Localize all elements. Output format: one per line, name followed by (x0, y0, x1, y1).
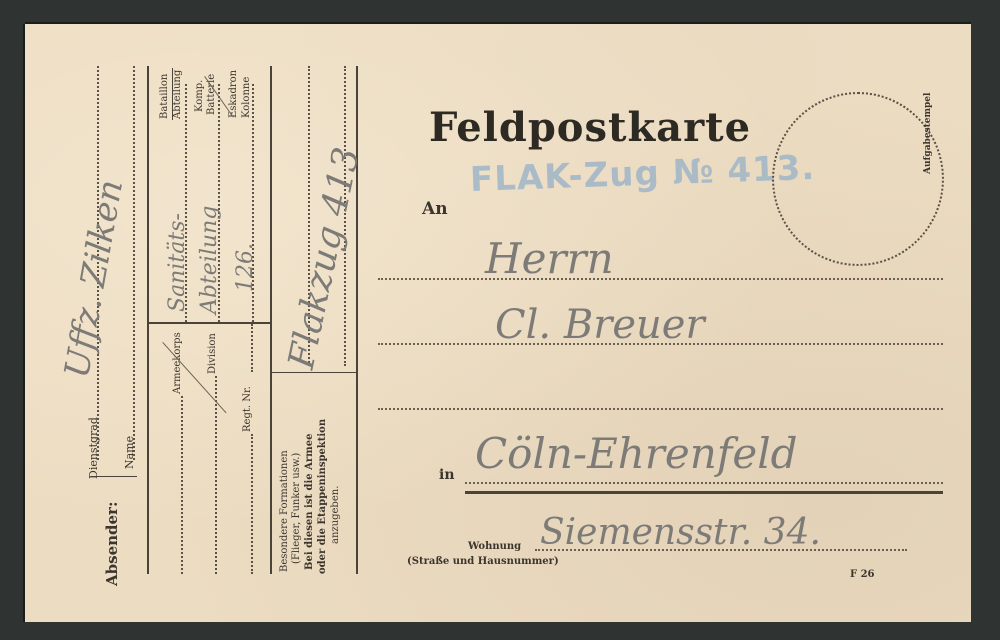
address-line-1 (378, 278, 943, 280)
recipient-line-1: Herrn (485, 234, 614, 283)
residence-sublabel: (Straße und Hausnummer) (407, 556, 559, 567)
note-line-3: Bei diesen ist die Armee (304, 434, 315, 571)
unit-label-rule-1 (172, 68, 173, 120)
label-abteilung: Abteilung (172, 70, 183, 119)
note-line-1: Besondere Formationen (279, 450, 290, 572)
address-line-3 (378, 408, 943, 410)
handwritten-unit-1: Sanitäts- (165, 213, 190, 312)
label-bataillon: Bataillon (159, 74, 170, 119)
sender-label: Absender: (103, 502, 121, 587)
label-regt-nr: Regt. Nr. (242, 386, 253, 432)
division-dotted-line (215, 376, 217, 574)
recipient-line-2: Cl. Breuer (495, 302, 705, 348)
postmark-circle (772, 92, 944, 266)
name-label: Name (123, 436, 136, 469)
recipient-city: Cöln-Ehrenfeld (475, 429, 798, 478)
name-dotted-line (133, 66, 135, 460)
label-komp: Komp. (194, 80, 205, 112)
unit-stamp: FLAK-Zug № 413. (469, 148, 816, 200)
form-number: F 26 (850, 569, 875, 580)
handwritten-formation: Flakzug 413 (281, 144, 368, 373)
note-line-5: anzugeben. (330, 486, 341, 544)
city-underline (465, 491, 943, 494)
note-line-2: (Flieger, Funker usw.) (291, 453, 302, 564)
label-kolonne: Kolonne (241, 77, 252, 118)
handwritten-unit-3: 126. (233, 243, 258, 292)
to-label: An (422, 199, 448, 219)
formation-divider-line (356, 66, 358, 574)
postcard: Absender: Dienstgrad Name Bataillon Abte… (25, 24, 971, 622)
corps-divider-line (270, 66, 272, 574)
rank-label: Dienstgrad (87, 417, 100, 479)
formation-bracket (270, 372, 357, 373)
in-label: in (439, 467, 455, 483)
card-title: Feldpostkarte (429, 104, 751, 151)
postmark-label: Aufgabestempel (923, 93, 933, 174)
regt-dotted-line-lower (251, 434, 253, 574)
regt-dotted-line (251, 324, 253, 372)
handwritten-sender-name: Uffz. Zilken (57, 177, 131, 381)
label-division: Division (207, 333, 218, 374)
residence-label: Wohnung (468, 541, 521, 552)
sender-bracket-line (91, 476, 137, 477)
sender-divider-line (147, 66, 149, 574)
handwritten-unit-2: Abteilung (197, 206, 222, 314)
recipient-street: Siemensstr. 34. (540, 512, 821, 553)
corps-dotted-line (181, 396, 183, 574)
note-line-4: oder die Etappeninspektion (317, 419, 328, 574)
city-dotted-line (465, 482, 943, 484)
